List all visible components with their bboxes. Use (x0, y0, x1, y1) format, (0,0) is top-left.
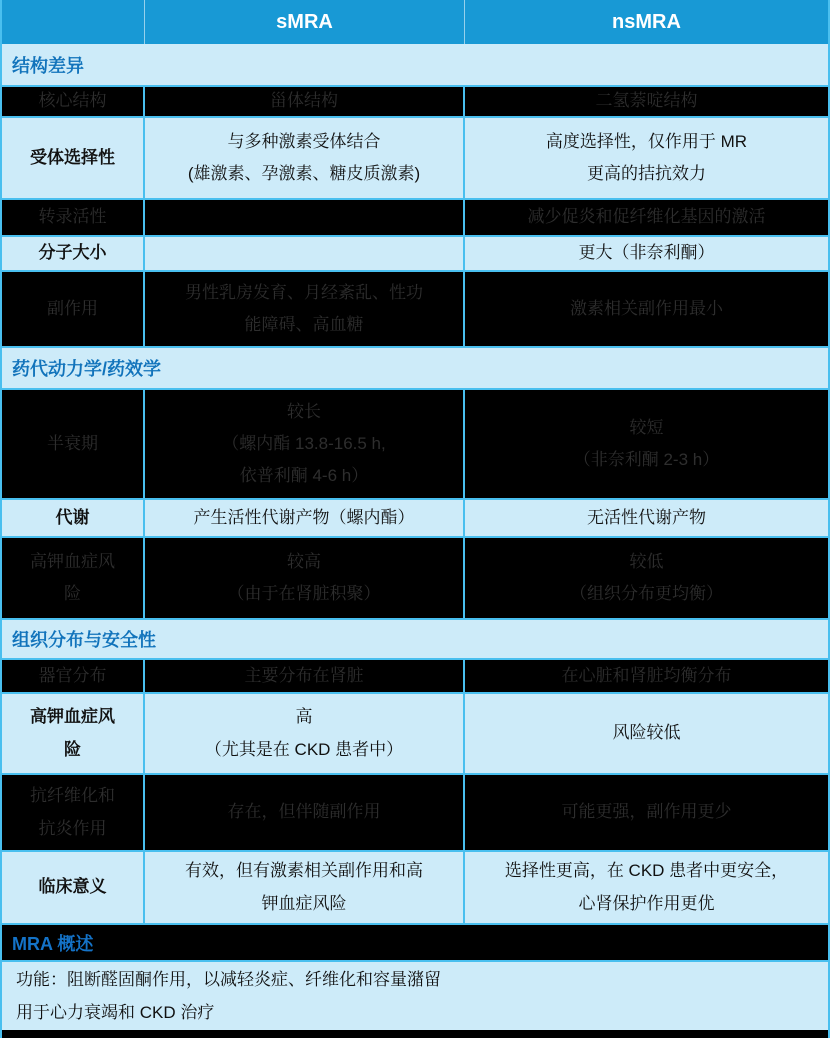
nsmra-cell: 二氢萘啶结构 (465, 87, 828, 116)
section-tissue-distribution: 组织分布与安全性 (2, 620, 828, 660)
smra-cell: 高 （尤其是在 CKD 患者中） (145, 694, 465, 773)
row-label: 半衰期 (2, 390, 145, 498)
row-label: 高钾血症风 险 (2, 538, 145, 618)
row-label: 分子大小 (2, 237, 145, 270)
row-antifibrotic-antiinflammatory: 抗纤维化和 抗炎作用 存在，但伴随副作用 可能更强，副作用更少 (2, 775, 828, 852)
row-hyperkalemia-risk-pk: 高钾血症风 险 较高 （由于在肾脏积聚） 较低 （组织分布更均衡） (2, 538, 828, 620)
row-side-effects: 副作用 男性乳房发育、月经紊乱、性功 能障碍、高血糖 激素相关副作用最小 (2, 272, 828, 348)
row-organ-distribution: 器官分布 主要分布在肾脏 在心脏和肾脏均衡分布 (2, 660, 828, 694)
mra-comparison-table: sMRA nsMRA 结构差异 核心结构 甾体结构 二氢萘啶结构 受体选择性 与… (0, 0, 830, 1038)
nsmra-cell: 选择性更高，在 CKD 患者中更安全， 心肾保护作用更优 (465, 852, 828, 923)
nsmra-cell: 激素相关副作用最小 (465, 272, 828, 346)
row-hyperkalemia-risk-safety: 高钾血症风 险 高 （尤其是在 CKD 患者中） 风险较低 (2, 694, 828, 775)
nsmra-cell: 较低 （组织分布更均衡） (465, 538, 828, 618)
row-label: 器官分布 (2, 660, 145, 692)
smra-cell (145, 237, 465, 270)
row-label: 核心结构 (2, 87, 145, 116)
header-nsmra: nsMRA (465, 0, 828, 44)
header-smra: sMRA (145, 0, 465, 44)
row-molecule-size: 分子大小 更大（非奈利酮） (2, 237, 828, 272)
row-receptor-selectivity: 受体选择性 与多种激素受体结合 (雄激素、孕激素、糖皮质激素) 高度选择性，仅作… (2, 118, 828, 200)
nsmra-cell: 更大（非奈利酮） (465, 237, 828, 270)
section-mra-overview: MRA 概述 (2, 925, 828, 962)
smra-cell: 存在，但伴随副作用 (145, 775, 465, 850)
section-pharmacokinetics: 药代动力学/药效学 (2, 348, 828, 390)
smra-cell: 主要分布在肾脏 (145, 660, 465, 692)
bottom-bar (2, 1030, 828, 1038)
nsmra-cell: 高度选择性，仅作用于 MR 更高的拮抗效力 (465, 118, 828, 198)
nsmra-cell: 较短 （非奈利酮 2-3 h） (465, 390, 828, 498)
nsmra-cell: 可能更强，副作用更少 (465, 775, 828, 850)
smra-cell: 有效，但有激素相关副作用和高 钾血症风险 (145, 852, 465, 923)
row-label: 临床意义 (2, 852, 145, 923)
row-transcription-activity: 转录活性 减少促炎和促纤维化基因的激活 (2, 200, 828, 237)
nsmra-cell: 在心脏和肾脏均衡分布 (465, 660, 828, 692)
row-label: 转录活性 (2, 200, 145, 235)
row-label: 高钾血症风 险 (2, 694, 145, 773)
smra-cell: 产生活性代谢产物（螺内酯） (145, 500, 465, 536)
table-header-row: sMRA nsMRA (2, 0, 828, 44)
section-structure-differences: 结构差异 (2, 44, 828, 87)
smra-cell: 较高 （由于在肾脏积聚） (145, 538, 465, 618)
mra-overview-body: 功能：阻断醛固酮作用，以减轻炎症、纤维化和容量潴留 用于心力衰竭和 CKD 治疗 (2, 962, 828, 1030)
row-metabolism: 代谢 产生活性代谢产物（螺内酯） 无活性代谢产物 (2, 500, 828, 538)
smra-cell (145, 200, 465, 235)
mra-overview-line1: 功能：阻断醛固酮作用，以减轻炎症、纤维化和容量潴留 (16, 963, 441, 996)
row-clinical-significance: 临床意义 有效，但有激素相关副作用和高 钾血症风险 选择性更高，在 CKD 患者… (2, 852, 828, 925)
mra-overview-line2: 用于心力衰竭和 CKD 治疗 (16, 996, 214, 1029)
row-half-life: 半衰期 较长 （螺内酯 13.8-16.5 h, 依普利酮 4-6 h） 较短 … (2, 390, 828, 500)
smra-cell: 甾体结构 (145, 87, 465, 116)
row-label: 副作用 (2, 272, 145, 346)
row-label: 抗纤维化和 抗炎作用 (2, 775, 145, 850)
smra-cell: 男性乳房发育、月经紊乱、性功 能障碍、高血糖 (145, 272, 465, 346)
nsmra-cell: 减少促炎和促纤维化基因的激活 (465, 200, 828, 235)
row-core-structure: 核心结构 甾体结构 二氢萘啶结构 (2, 87, 828, 118)
row-label: 受体选择性 (2, 118, 145, 198)
nsmra-cell: 无活性代谢产物 (465, 500, 828, 536)
smra-cell: 与多种激素受体结合 (雄激素、孕激素、糖皮质激素) (145, 118, 465, 198)
row-label: 代谢 (2, 500, 145, 536)
header-corner-cell (2, 0, 145, 44)
smra-cell: 较长 （螺内酯 13.8-16.5 h, 依普利酮 4-6 h） (145, 390, 465, 498)
nsmra-cell: 风险较低 (465, 694, 828, 773)
